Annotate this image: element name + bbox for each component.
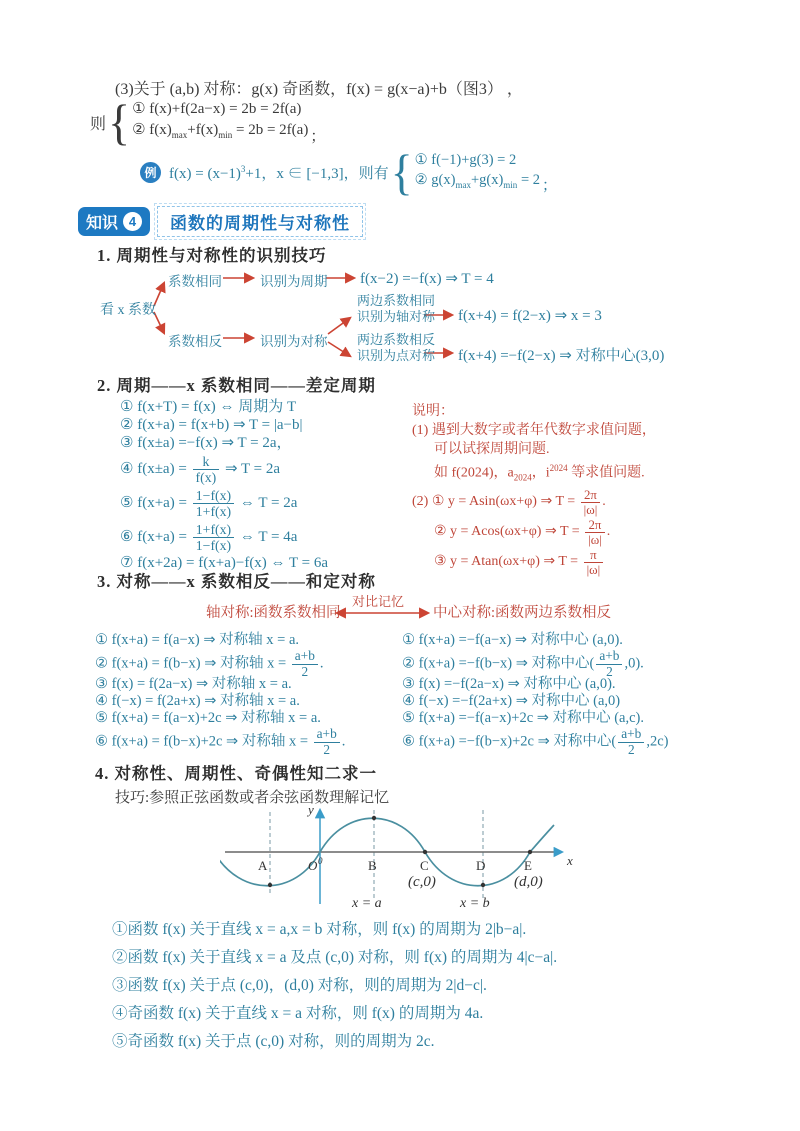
- fraction: a+b2: [292, 649, 318, 679]
- flow-point-line2: 识别为点对称: [357, 348, 435, 364]
- knowledge-number-badge: 4: [123, 212, 142, 231]
- flow-axis-line1: 两边系数相同: [357, 293, 435, 309]
- point-coord-c0: (c,0): [408, 874, 436, 890]
- flow-formula-point: f(x+4) =−f(2−x) ⇒ 对称中心(3,0): [458, 344, 664, 365]
- axis-symmetry-label: 轴对称:函数系数相同: [206, 601, 341, 622]
- heading-2: 2. 周期——x 系数相同——差定周期: [97, 372, 376, 396]
- conclusion-item-2: ②函数 f(x) 关于直线 x = a 及点 (c,0) 对称，则 f(x) 的…: [112, 944, 557, 972]
- conclusion-item-4: ④奇函数 f(x) 关于直线 x = a 对称，则 f(x) 的周期为 4a.: [112, 1000, 557, 1028]
- origin-label: O: [308, 858, 318, 873]
- fraction: kf(x): [193, 454, 220, 485]
- origin-zero: 0: [318, 856, 323, 866]
- note-box: 说明： (1) 遇到大数字或者年代数字求值问题， 可以试探周期问题. 如 f(2…: [412, 402, 742, 577]
- point-coord-d0: (d,0): [514, 874, 543, 890]
- flow-root: 看 x 系数: [100, 299, 156, 319]
- fraction: 2π|ω|: [585, 518, 605, 547]
- flow-point-block: 两边系数相反 识别为点对称: [357, 332, 435, 364]
- center-symmetry-list: ① f(x+a) =−f(a−x) ⇒ 对称中心 (a,0). ② f(x+a)…: [402, 632, 668, 754]
- note-line-6: ③ y = Atan(ωx+φ) ⇒ T = π|ω|: [412, 547, 742, 577]
- period-item-5: ⑤ f(x+a) = 1−f(x)1+f(x) ⇔ T = 2a: [120, 486, 328, 520]
- note-line-2: 可以试探周期问题.: [412, 440, 742, 459]
- axis-symmetry-list: ① f(x+a) = f(a−x) ⇒ 对称轴 x = a. ② f(x+a) …: [95, 632, 345, 754]
- point-label-B: B: [368, 858, 377, 873]
- sine-curve-figure: y x A O 0 B C D E (c,0) (d,0) x = a x = …: [220, 800, 580, 910]
- left-brace: {: [108, 101, 130, 143]
- note-title: 说明：: [412, 402, 742, 421]
- period-item-1: ① f(x+T) = f(x) ⇔ 周期为 T: [120, 398, 328, 416]
- knowledge-badge: 知识 4: [78, 207, 150, 236]
- fraction: a+b2: [618, 727, 644, 757]
- fraction: 2π|ω|: [581, 488, 601, 517]
- period-item-6: ⑥ f(x+a) = 1+f(x)1−f(x) ⇔ T = 4a: [120, 520, 328, 554]
- center-symmetry-label: 中心对称:函数两边系数相反: [433, 601, 611, 622]
- flow-opposite-coeff: 系数相反: [168, 330, 222, 350]
- flow-point-line1: 两边系数相反: [357, 332, 435, 348]
- heading-4: 4. 对称性、周期性、奇偶性知二求一: [95, 760, 377, 784]
- flow-axis-line2: 识别为轴对称: [357, 309, 435, 325]
- example-brace-items: ① f(−1)+g(3) = 2 ② g(x)max+g(x)min = 2: [415, 150, 540, 195]
- left-brace: {: [391, 151, 413, 193]
- fraction: 1+f(x)1−f(x): [193, 522, 234, 553]
- flow-recognize-period: 识别为周期: [260, 270, 328, 290]
- flow-formula-period: f(x−2) =−f(x) ⇒ T = 4: [360, 269, 494, 288]
- heading-1: 1. 周期性与对称性的识别技巧: [97, 242, 327, 266]
- y-axis-label: y: [306, 802, 314, 817]
- point-label-E: E: [524, 858, 532, 873]
- then-brace-group: 则 { ① f(x)+f(2a−x) = 2b = 2f(a) ② f(x)ma…: [90, 99, 325, 146]
- axis-item-1: ① f(x+a) = f(a−x) ⇒ 对称轴 x = a.: [95, 632, 345, 649]
- note-line-3: 如 f(2024)，a2024，i2024 等求值问题.: [412, 459, 742, 487]
- compare-arrow: [90, 593, 740, 628]
- knowledge-header: 知识 4 函数的周期性与对称性: [78, 206, 363, 237]
- document-page: (3)关于 (a,b) 对称：g(x) 奇函数，f(x) = g(x−a)+b（…: [0, 0, 800, 1131]
- period-formula-list: ① f(x+T) = f(x) ⇔ 周期为 T ② f(x+a) = f(x+b…: [120, 398, 328, 572]
- flow-axis-block: 两边系数相同 识别为轴对称: [357, 293, 435, 325]
- fraction: 1−f(x)1+f(x): [193, 488, 234, 519]
- example-icon: 例: [140, 162, 161, 183]
- period-item-2: ② f(x+a) = f(x+b) ⇒ T = |a−b|: [120, 416, 328, 434]
- conclusion-list: ①函数 f(x) 关于直线 x = a,x = b 对称，则 f(x) 的周期为…: [112, 916, 557, 1056]
- compare-diagram: 轴对称:函数系数相同 对比记忆 中心对称:函数两边系数相反: [90, 593, 740, 628]
- note-line-5: ② y = Acos(ωx+φ) ⇒ T = 2π|ω|.: [412, 517, 742, 547]
- flow-same-coeff: 系数相同: [168, 270, 222, 290]
- center-item-2: ② f(x+a) =−f(b−x) ⇒ 对称中心(a+b2,0).: [402, 649, 668, 676]
- point-label-D: D: [476, 858, 485, 873]
- center-item-1: ① f(x+a) =−f(a−x) ⇒ 对称中心 (a,0).: [402, 632, 668, 649]
- section-title: 函数的周期性与对称性: [157, 206, 363, 237]
- example-block: 例 f(x) = (x−1)3+1，x ∈ [−1,3]，则有 { ① f(−1…: [140, 150, 557, 195]
- center-item-6: ⑥ f(x+a) =−f(b−x)+2c ⇒ 对称中心(a+b2,2c): [402, 727, 668, 754]
- compare-memory-label: 对比记忆: [352, 591, 404, 610]
- fraction: a+b2: [596, 649, 622, 679]
- top-line-symmetry-rule: (3)关于 (a,b) 对称：g(x) 奇函数，f(x) = g(x−a)+b（…: [115, 76, 523, 99]
- center-item-5: ⑤ f(x+a) =−f(a−x)+2c ⇒ 对称中心 (a,c).: [402, 710, 668, 727]
- brace-item-2: ② f(x)max+f(x)min = 2b = 2f(a): [132, 120, 308, 146]
- semicolon: ；: [310, 125, 325, 146]
- x-axis-label: x: [566, 853, 573, 868]
- point-label-A: A: [258, 858, 268, 873]
- dashed-guides: [270, 810, 483, 898]
- example-formula: f(x) = (x−1)3+1，x ∈ [−1,3]，则有: [169, 162, 389, 183]
- axis-eq-b: x = b: [459, 896, 490, 910]
- axis-item-4: ④ f(−x) = f(2a+x) ⇒ 对称轴 x = a.: [95, 693, 345, 710]
- center-item-3: ③ f(x) =−f(2a−x) ⇒ 对称中心 (a,0).: [402, 676, 668, 693]
- brace-items: ① f(x)+f(2a−x) = 2b = 2f(a) ② f(x)max+f(…: [132, 99, 308, 146]
- point-label-C: C: [420, 858, 429, 873]
- note-line-1: (1) 遇到大数字或者年代数字求值问题，: [412, 421, 742, 440]
- conclusion-item-1: ①函数 f(x) 关于直线 x = a,x = b 对称，则 f(x) 的周期为…: [112, 916, 557, 944]
- center-item-4: ④ f(−x) =−f(2a+x) ⇒ 对称中心 (a,0): [402, 693, 668, 710]
- knowledge-label: 知识: [86, 210, 118, 233]
- fraction: π|ω|: [584, 548, 604, 577]
- axis-eq-a: x = a: [351, 896, 382, 910]
- then-label: 则: [90, 111, 106, 134]
- example-item-2: ② g(x)max+g(x)min = 2: [415, 170, 540, 195]
- axis-item-5: ⑤ f(x+a) = f(a−x)+2c ⇒ 对称轴 x = a.: [95, 710, 345, 727]
- recognition-flow-diagram: 看 x 系数 系数相同 识别为周期 f(x−2) =−f(x) ⇒ T = 4 …: [90, 265, 740, 375]
- flow-recognize-symmetry: 识别为对称: [260, 330, 328, 350]
- axis-item-6: ⑥ f(x+a) = f(b−x)+2c ⇒ 对称轴 x = a+b2.: [95, 727, 345, 754]
- heading-3: 3. 对称——x 系数相反——和定对称: [97, 568, 376, 592]
- flow-formula-axis: f(x+4) = f(2−x) ⇒ x = 3: [458, 306, 602, 325]
- brace-item-1: ① f(x)+f(2a−x) = 2b = 2f(a): [132, 99, 308, 120]
- axis-item-2: ② f(x+a) = f(b−x) ⇒ 对称轴 x = a+b2.: [95, 649, 345, 676]
- semicolon: ；: [542, 174, 557, 195]
- example-item-1: ① f(−1)+g(3) = 2: [415, 150, 540, 170]
- conclusion-item-3: ③函数 f(x) 关于点 (c,0)，(d,0) 对称，则的周期为 2|d−c|…: [112, 972, 557, 1000]
- fraction: a+b2: [314, 727, 340, 757]
- note-line-4: (2) ① y = Asin(ωx+φ) ⇒ T = 2π|ω|.: [412, 487, 742, 517]
- period-item-4: ④ f(x±a) = kf(x) ⇒ T = 2a: [120, 452, 328, 486]
- period-item-3: ③ f(x±a) =−f(x) ⇒ T = 2a，: [120, 434, 328, 452]
- conclusion-item-5: ⑤奇函数 f(x) 关于点 (c,0) 对称，则的周期为 2c.: [112, 1028, 557, 1056]
